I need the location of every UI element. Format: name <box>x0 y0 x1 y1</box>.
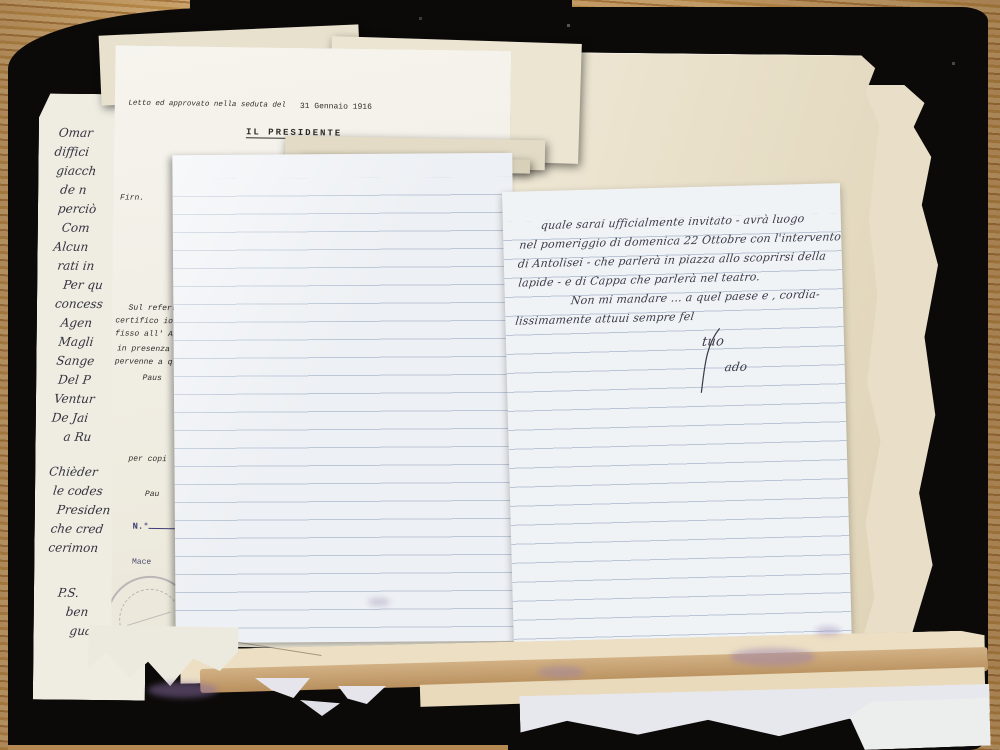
wood-edge-sliver <box>8 745 508 750</box>
numero-label: N.° <box>132 522 148 532</box>
ink-smudge <box>730 648 815 666</box>
certification-line: pervenne a q <box>115 357 173 367</box>
signature-label: Firn. <box>120 193 144 202</box>
place-name: Paus <box>142 374 161 383</box>
certification-line: in presenza <box>117 344 170 354</box>
place-name: Pau <box>145 490 160 499</box>
dust-specks <box>0 0 1 1</box>
session-date: 31 Gennaio 1916 <box>300 102 372 112</box>
certification-line: Sul refert <box>128 304 176 314</box>
ink-smudge <box>538 666 584 678</box>
ink-smudge <box>148 682 218 698</box>
ink-smudge <box>368 598 390 606</box>
paper-sheen <box>172 153 515 643</box>
ink-smudge <box>815 626 841 636</box>
certification-line: fisso all' Alb <box>115 329 182 339</box>
letterhead-fragment: Mace <box>132 558 151 567</box>
signature-word: tuo <box>701 334 725 350</box>
photo-archive-documents: Omar diffici giacch de n perciò Com Alcu… <box>0 0 1000 750</box>
black-mat-top-edge <box>190 0 572 9</box>
blank-lined-page <box>172 153 515 643</box>
copy-note: per copi <box>128 455 167 465</box>
approval-text: Letto ed approvato nella seduta del <box>128 100 286 111</box>
torn-paper-layer <box>849 698 991 750</box>
handwritten-letter-page: quale sarai ufficialmente invitato - avr… <box>502 183 852 650</box>
signature-word: ado <box>724 360 748 375</box>
approval-line: Letto ed approvato nella seduta del 31 G… <box>128 100 372 112</box>
